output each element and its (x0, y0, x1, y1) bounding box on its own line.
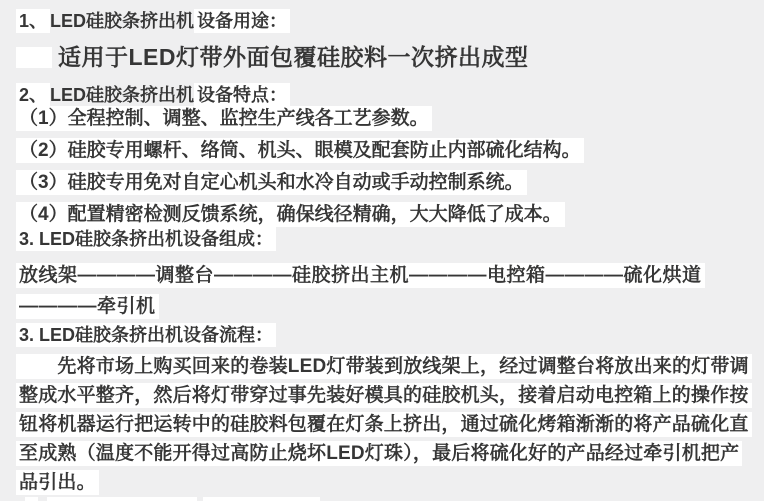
features-heading-middle: LED硅胶条挤出机 (50, 85, 194, 105)
feature-item-text: （3）硅胶专用免对自定心机头和水冷自动或手动控制系统。 (16, 170, 527, 195)
feature-item-text: （4）配置精密检测反馈系统，确保线径精确，大大降低了成本。 (16, 202, 565, 227)
process-heading-text: 3. LED硅胶条挤出机设备流程： (16, 323, 276, 347)
feature-item-text: （2）硅胶专用螺杆、络筒、机头、眼模及配套防止内部硫化结构。 (16, 138, 584, 163)
process-paragraph-text: 先将市场上购买回来的卷装LED灯带装到放线架上，经过调整台将放出来的灯带调整成水… (16, 354, 752, 495)
usage-heading: 1、LED硅胶条挤出机设备用途： (16, 10, 754, 32)
feature-item-text: （1）全程控制、调整、监控生产线各工艺参数。 (16, 106, 432, 131)
usage-heading-tail: 设备用途： (194, 9, 290, 33)
feature-item: （1）全程控制、调整、监控生产线各工艺参数。 (16, 108, 754, 130)
features-heading-tail: 设备特点： (194, 83, 290, 107)
process-heading: 3. LED硅胶条挤出机设备流程： (16, 324, 754, 346)
composition-heading-text: 3. LED硅胶条挤出机设备组成： (16, 227, 276, 251)
usage-title: 适用于LED灯带外面包覆硅胶料一次挤出成型 (58, 44, 529, 70)
cutoff-highlight-bar (47, 497, 197, 501)
features-heading: 2、LED硅胶条挤出机设备特点： (16, 84, 754, 106)
composition-chain: 放线架————调整台————硅胶挤出主机————电控箱————硫化烘道————牵… (16, 260, 754, 322)
document-page: 1、LED硅胶条挤出机设备用途： 适用于LED灯带外面包覆硅胶料一次挤出成型 2… (0, 0, 764, 501)
usage-heading-middle: LED硅胶条挤出机 (50, 11, 194, 31)
feature-item: （2）硅胶专用螺杆、络筒、机头、眼模及配套防止内部硫化结构。 (16, 140, 754, 162)
usage-title-line: 适用于LED灯带外面包覆硅胶料一次挤出成型 (16, 42, 754, 72)
cutoff-highlight-bar (25, 497, 38, 501)
composition-chain-text: 放线架————调整台————硅胶挤出主机————电控箱————硫化烘道————牵… (16, 263, 705, 319)
highlighted-indent-block (16, 47, 52, 68)
features-heading-number: 2、 (16, 83, 50, 107)
cutoff-highlight-bar (203, 497, 320, 501)
feature-item: （4）配置精密检测反馈系统，确保线径精确，大大降低了成本。 (16, 204, 754, 226)
feature-item: （3）硅胶专用免对自定心机头和水冷自动或手动控制系统。 (16, 172, 754, 194)
composition-heading: 3. LED硅胶条挤出机设备组成： (16, 228, 754, 250)
usage-heading-number: 1、 (16, 9, 50, 33)
process-paragraph: 先将市场上购买回来的卷装LED灯带装到放线架上，经过调整台将放出来的灯带调整成水… (16, 352, 754, 497)
